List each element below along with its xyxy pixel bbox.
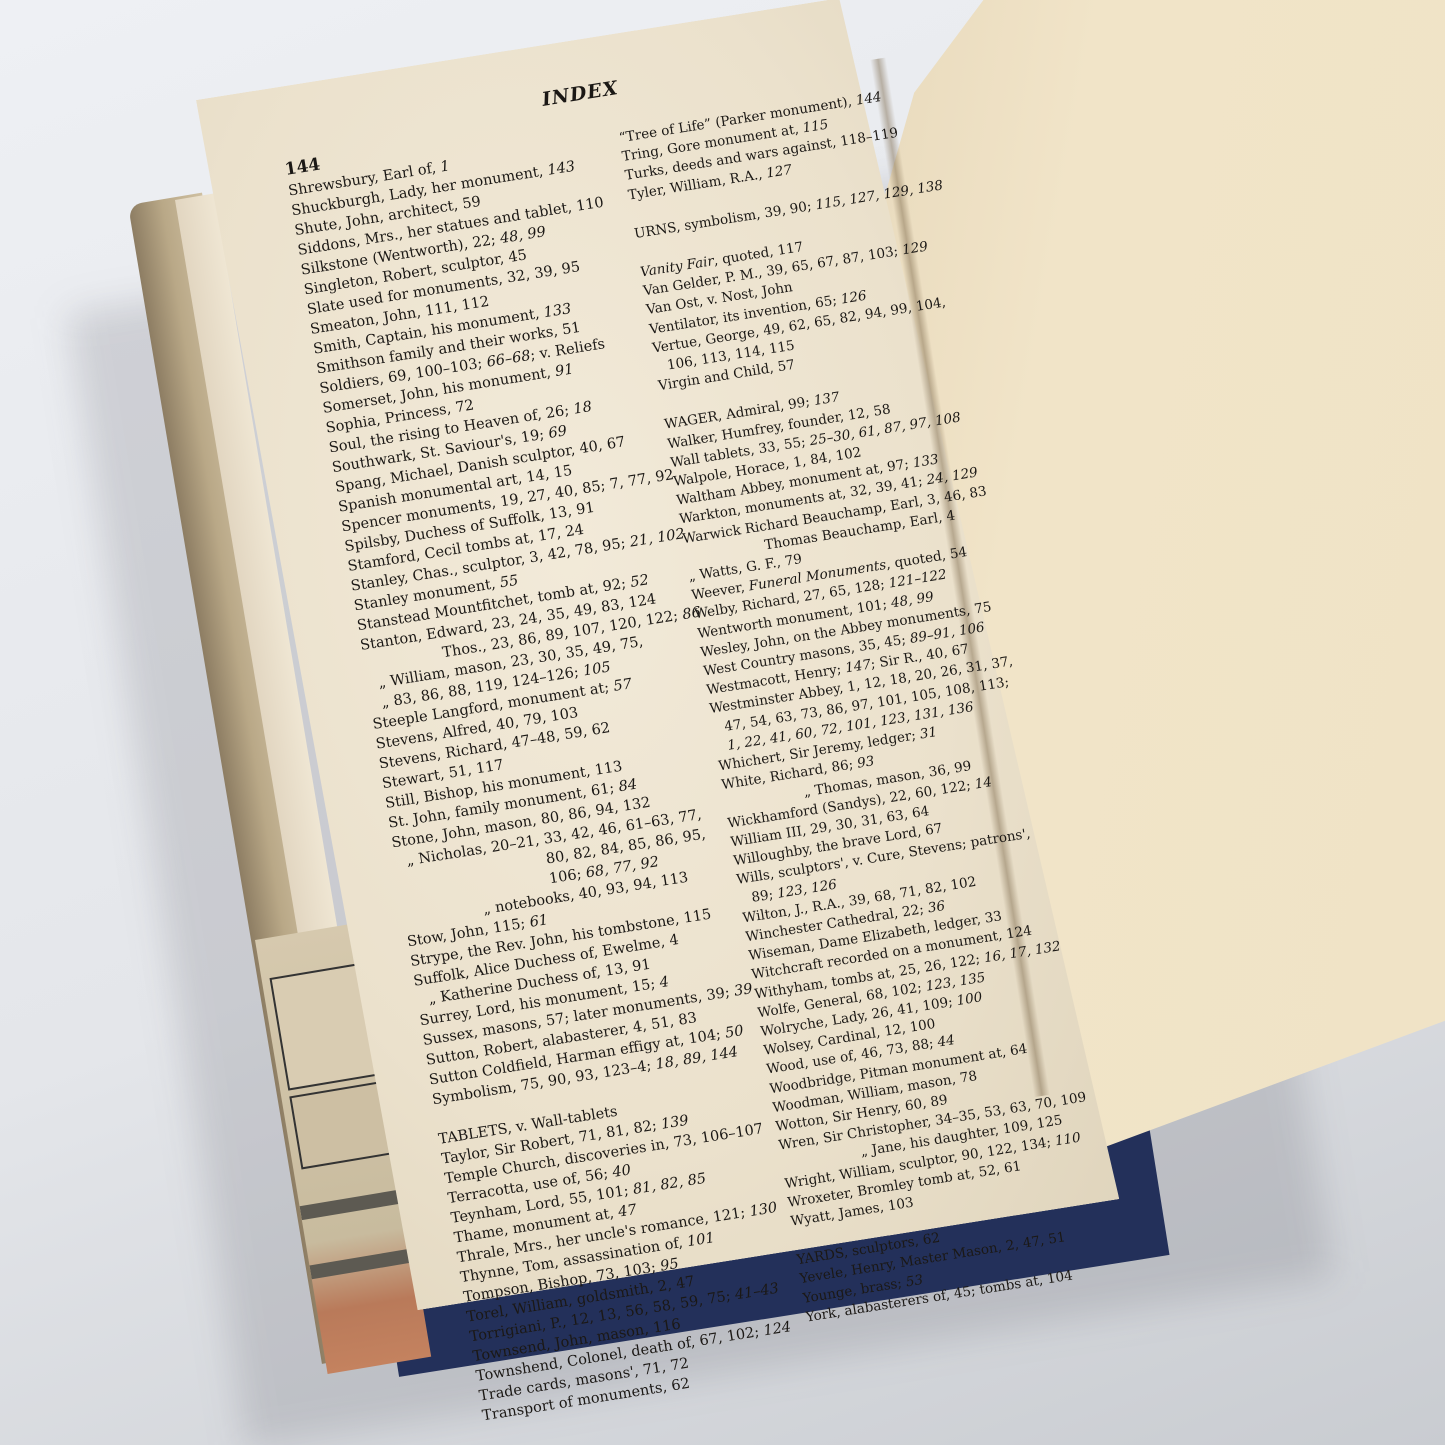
entry-page-refs-italic: 18 (572, 399, 593, 418)
entry-page-refs-italic: 95 (659, 1256, 680, 1275)
entry-page-refs-italic: 93 (856, 753, 875, 771)
entry-page-refs-italic: 139 (660, 1113, 690, 1133)
entry-page-refs-italic: 57 (612, 676, 633, 695)
entry-page-refs-italic: 100 (956, 989, 984, 1009)
entry-page-refs-italic: 61 (529, 912, 550, 931)
entry-page-refs-italic: 69 (547, 423, 568, 442)
entry-page-refs-italic: 137 (813, 390, 841, 410)
entry-page-refs-italic: 143 (546, 159, 576, 179)
entry-page-refs-italic: 47 (617, 1202, 638, 1221)
entry-page-refs-italic: 144 (855, 89, 883, 109)
entry-page-refs-italic: 147 (844, 657, 872, 677)
entry-page-refs-italic: 55 (499, 573, 520, 592)
entry-page-refs-italic: 126 (840, 287, 868, 307)
entry-page-refs-italic: 53 (905, 1272, 924, 1290)
monument-step (309, 1247, 420, 1279)
entry-page-refs-italic: 44 (936, 1032, 955, 1050)
entry-page-refs-italic: 115, 127, 129, 138 (814, 177, 944, 213)
entry-page-refs-italic: 50 (724, 1023, 745, 1042)
entry-page-refs-italic: 1 (439, 158, 451, 175)
entry-page-refs-italic: 31 (919, 724, 938, 742)
entry-page-refs-italic: 84 (618, 777, 639, 796)
entry-page-refs-italic: 115 (802, 117, 830, 137)
entry-page-refs-italic: 105 (582, 659, 612, 679)
entry-page-refs-italic: 129 (901, 239, 929, 259)
entry-page-refs-italic: 133 (543, 301, 573, 321)
entry-page-refs-italic: 39 (733, 981, 754, 1000)
monument-step (300, 1188, 411, 1220)
entry-page-refs-italic: 130 (749, 1200, 779, 1220)
entry-text: URNS, symbolism, 39, 90; (633, 197, 817, 242)
entry-page-refs-italic: 101 (686, 1230, 716, 1250)
entry-page-refs-italic: 127 (765, 161, 793, 181)
entry-page-refs-italic: 110 (1054, 1129, 1082, 1149)
entry-text: 89; (750, 886, 778, 906)
entry-page-refs-italic: 4 (658, 974, 670, 991)
entry-page-refs-italic: 36 (927, 898, 946, 916)
entry-page-refs-italic: 124 (762, 1319, 792, 1339)
entry-page-refs-italic: 52 (629, 572, 650, 591)
entry-page-refs-italic: 133 (912, 452, 940, 472)
entry-page-refs-italic: 14 (974, 774, 993, 792)
entry-page-refs-italic: 40 (611, 1162, 632, 1181)
entry-page-refs-italic: 91 (554, 361, 575, 380)
